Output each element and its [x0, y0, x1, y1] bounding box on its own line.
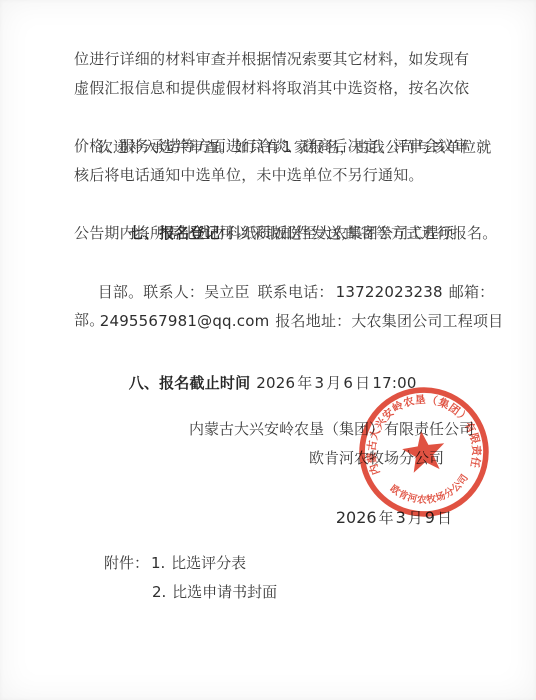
day-label: 日	[355, 376, 370, 392]
day-label: 日	[437, 511, 452, 527]
attachment-number: 2.	[152, 583, 166, 601]
deadline-year: 2026	[256, 374, 295, 392]
signature-company: 内蒙古大兴安岭农垦（集团）有限责任公司	[74, 416, 474, 445]
year-label: 年	[379, 511, 394, 527]
text-segment: 报名地址：大农集团公司工程项目	[271, 314, 503, 330]
text-segment: 邮箱：	[445, 285, 495, 301]
body-line: 次递补入选并审查。如只有1家报名，由我公司与该单位就	[74, 104, 474, 133]
deadline-month: 3	[314, 374, 324, 392]
body-line: 目部。联系人：吴立臣 联系电话：13722023238 邮箱：	[74, 249, 474, 278]
body-line: 公告期内将所需比选材料纸质版送至大农集团公司工程项	[74, 220, 474, 249]
deadline-time: 17:00	[372, 374, 416, 392]
signature-date-month: 3	[396, 508, 406, 527]
section8-heading-line: 八、报名截止时间 2026年3月6日17:00	[74, 340, 474, 369]
section8-title: 八、报名截止时间	[129, 376, 251, 392]
body-line: 价格、服务承诺等方面进行洽谈、磋商后决定。评审会议审	[74, 133, 474, 162]
attachment-title: 比选评分表	[171, 556, 246, 572]
document-page: 位进行详细的材料审查并根据情况索要其它材料，如发现有 虚假汇报信息和提供虚假材料…	[0, 0, 536, 700]
contact-email: 2495567981@qq.com	[100, 312, 270, 330]
contact-phone: 13722023238	[336, 283, 443, 301]
attachment-title: 比选申请书封面	[172, 585, 277, 601]
body-line: 核后将电话通知中选单位，未中选单位不另行通知。	[74, 162, 474, 191]
attachment-number: 1.	[151, 554, 165, 572]
signature-branch: 欧肯河农牧场分公司	[74, 445, 474, 474]
signature-block: 内蒙古大兴安岭农垦（集团）有限责任公司 欧肯河农牧场分公司 2026年3月9日	[74, 416, 474, 503]
month-label: 月	[408, 511, 423, 527]
month-label: 月	[326, 376, 341, 392]
text-segment: 目部。联系人：吴立臣 联系电话：	[98, 285, 334, 301]
body-line: 位进行详细的材料审查并根据情况索要其它材料，如发现有	[74, 46, 474, 75]
signature-date-year: 2026	[336, 508, 377, 527]
attachments-label: 附件：	[104, 556, 149, 572]
section7-heading-line: 七、报名登记可以采取邮件发送,邮寄等方式进行报名。	[74, 191, 474, 220]
year-label: 年	[297, 376, 312, 392]
deadline-day: 6	[343, 374, 353, 392]
signature-date: 2026年3月9日	[74, 474, 474, 503]
document-body: 位进行详细的材料审查并根据情况索要其它材料，如发现有 虚假汇报信息和提供虚假材料…	[74, 46, 474, 578]
signature-date-day: 9	[425, 508, 435, 527]
body-line: 虚假汇报信息和提供虚假材料将取消其中选资格，按名次依	[74, 75, 474, 104]
